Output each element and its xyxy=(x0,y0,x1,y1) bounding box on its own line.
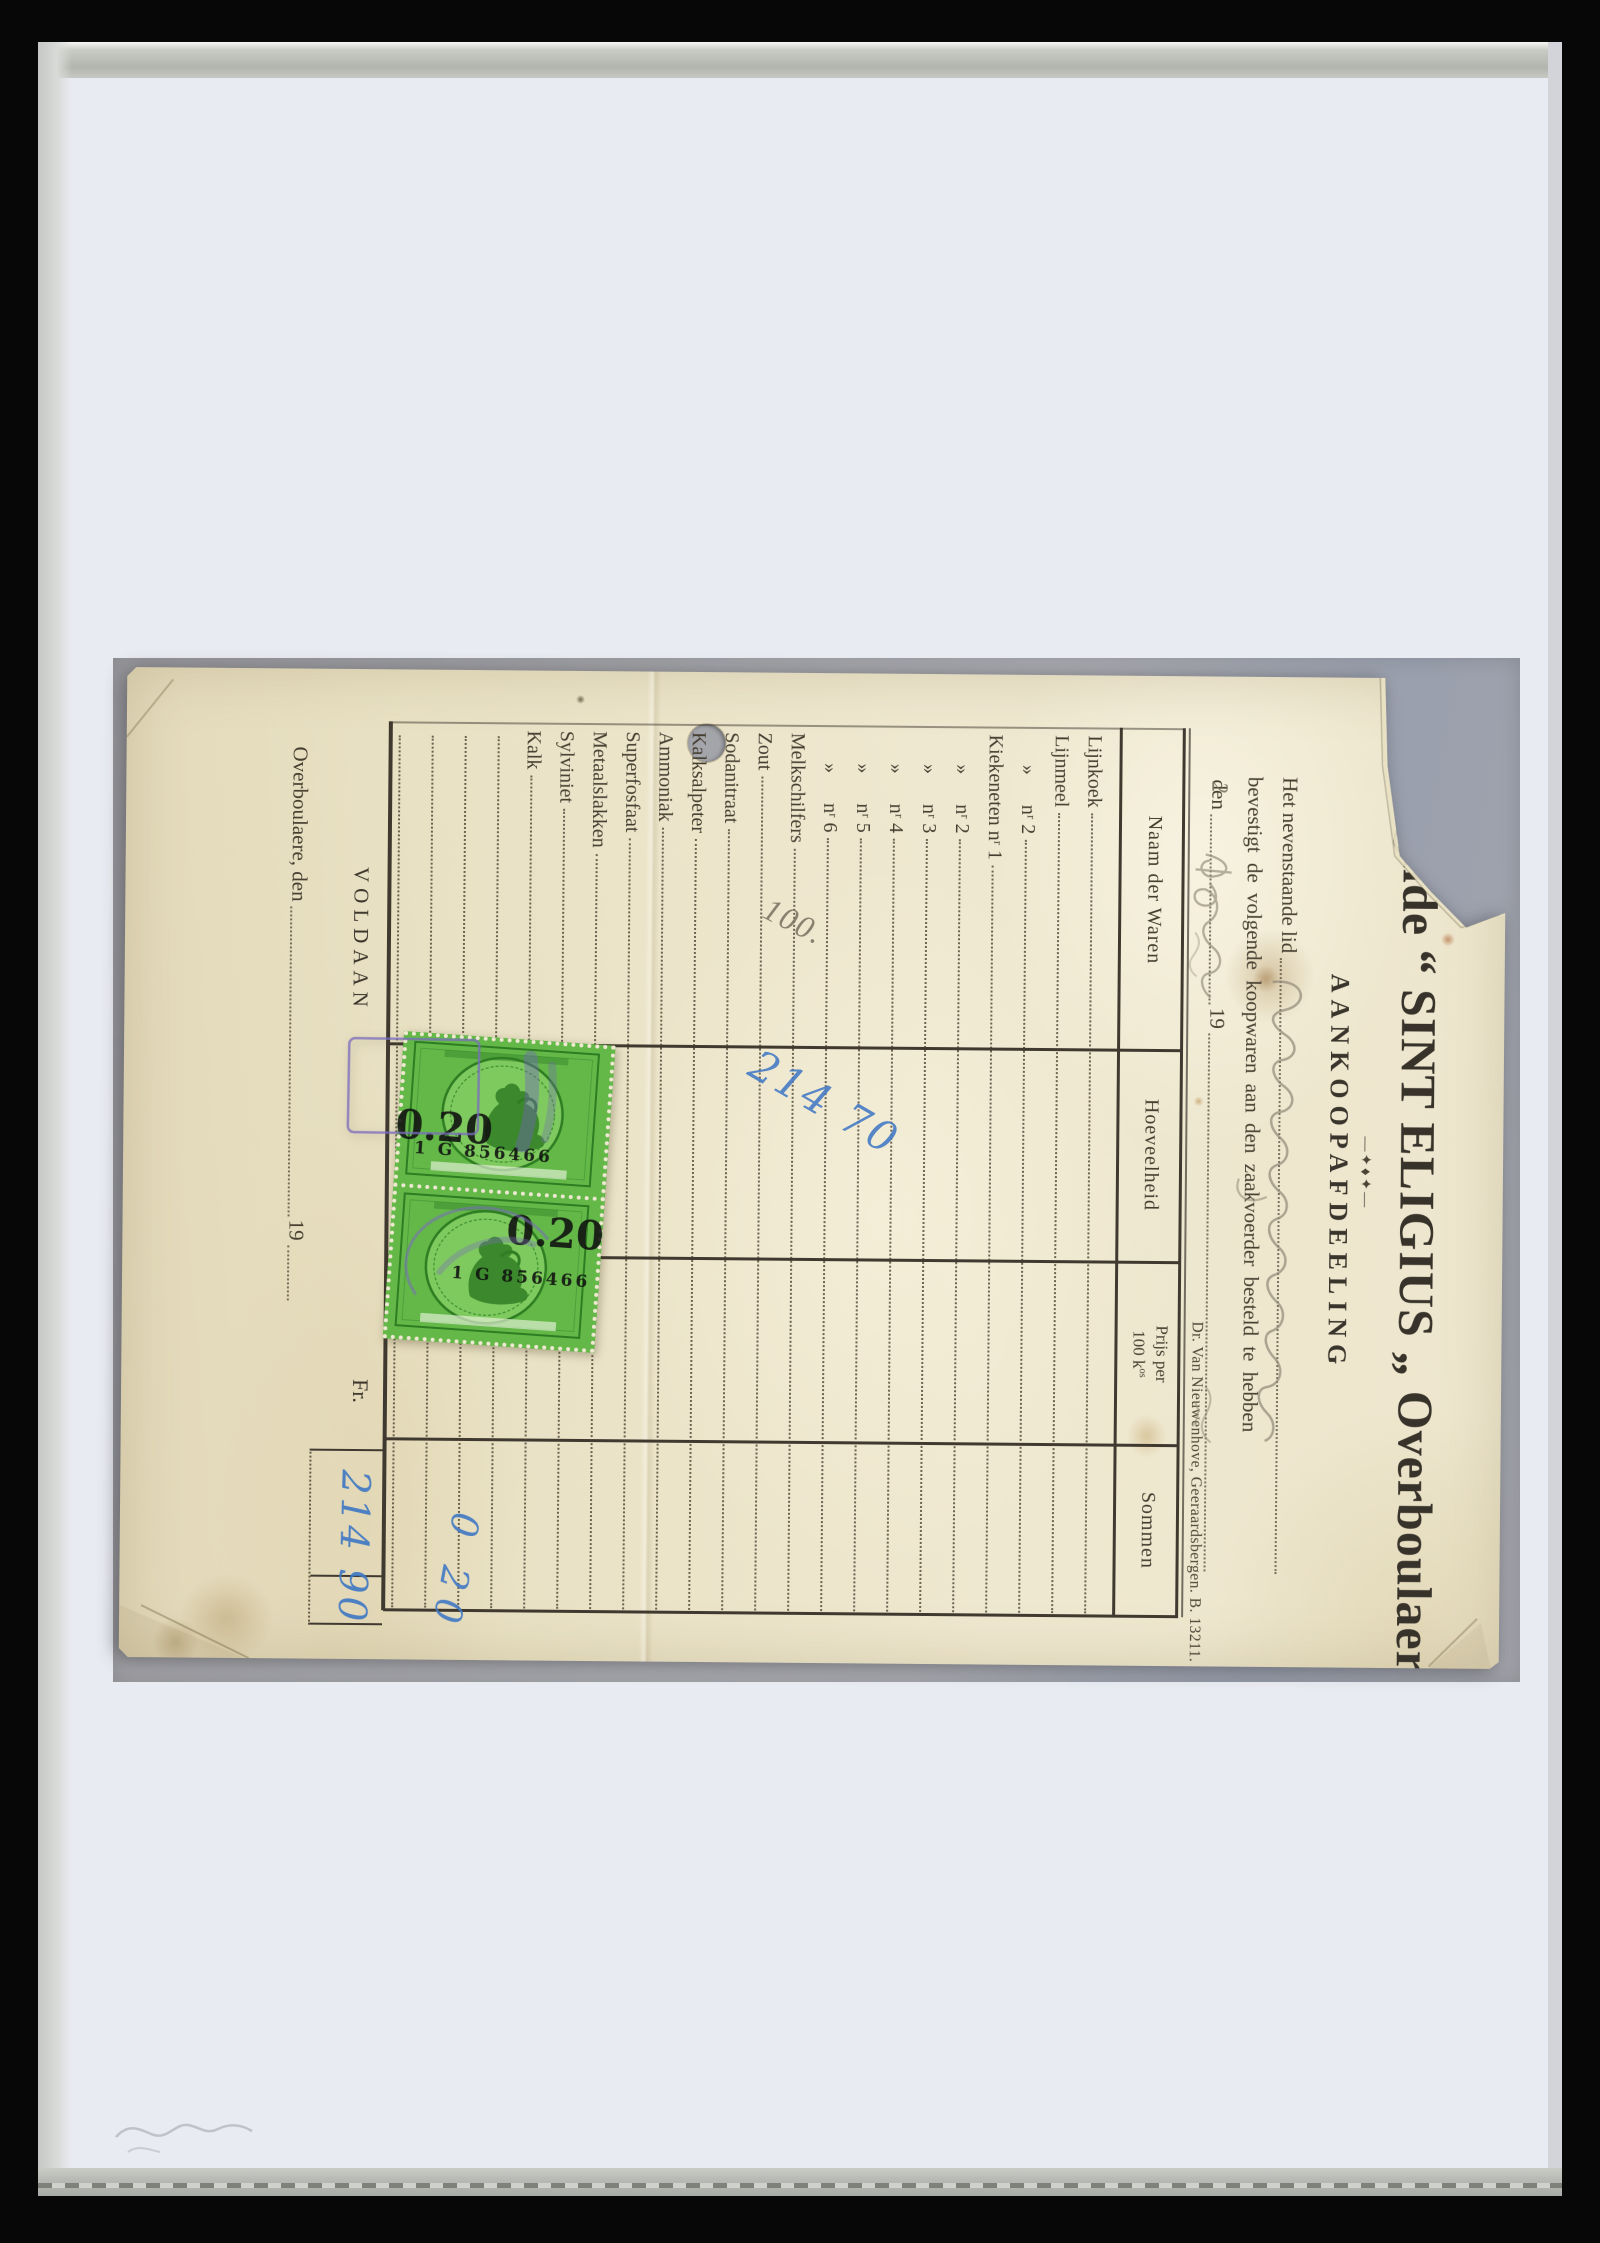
torn-edge-highlight xyxy=(1381,678,1505,928)
photo-of-album-page: gilde “ SINT ELIGIUS „ Overboulaere —✦♦✦… xyxy=(0,0,1600,2243)
pencil-margin-scribble xyxy=(1193,1386,1211,1442)
pencil-signature-tail xyxy=(1237,1179,1267,1201)
invoice-paper: gilde “ SINT ELIGIUS „ Overboulaere —✦♦✦… xyxy=(119,667,1508,1669)
corner-fold-shade-2 xyxy=(1429,1622,1491,1669)
sleeve-bottom-edge xyxy=(38,2168,1562,2196)
sleeve-left-edge xyxy=(38,42,72,2196)
violet-cancel-marks xyxy=(321,1027,632,1358)
torn-edge-shadow xyxy=(1378,678,1501,928)
corner-crease-bottom-left xyxy=(127,679,174,737)
paper-marks-overlay xyxy=(119,667,1508,1669)
pencil-signature-squiggle xyxy=(1258,981,1301,1441)
document-rotated-wrapper: gilde “ SINT ELIGIUS „ Overboulaere —✦♦✦… xyxy=(119,667,1508,1669)
sleeve-top-edge xyxy=(38,42,1562,78)
revenue-stamp-pair: 0.20 1 G 856466 0.20 1 G 856466 xyxy=(382,1031,615,1357)
sleeve-pencil-scribble xyxy=(108,2092,278,2167)
sleeve-stitching xyxy=(38,2183,1562,2188)
sleeve-right-edge xyxy=(1548,42,1562,2196)
corner-fold-shade-1 xyxy=(119,1605,245,1658)
pencil-date-squiggle xyxy=(1194,854,1232,997)
pencil-scribble-small xyxy=(1190,932,1199,976)
